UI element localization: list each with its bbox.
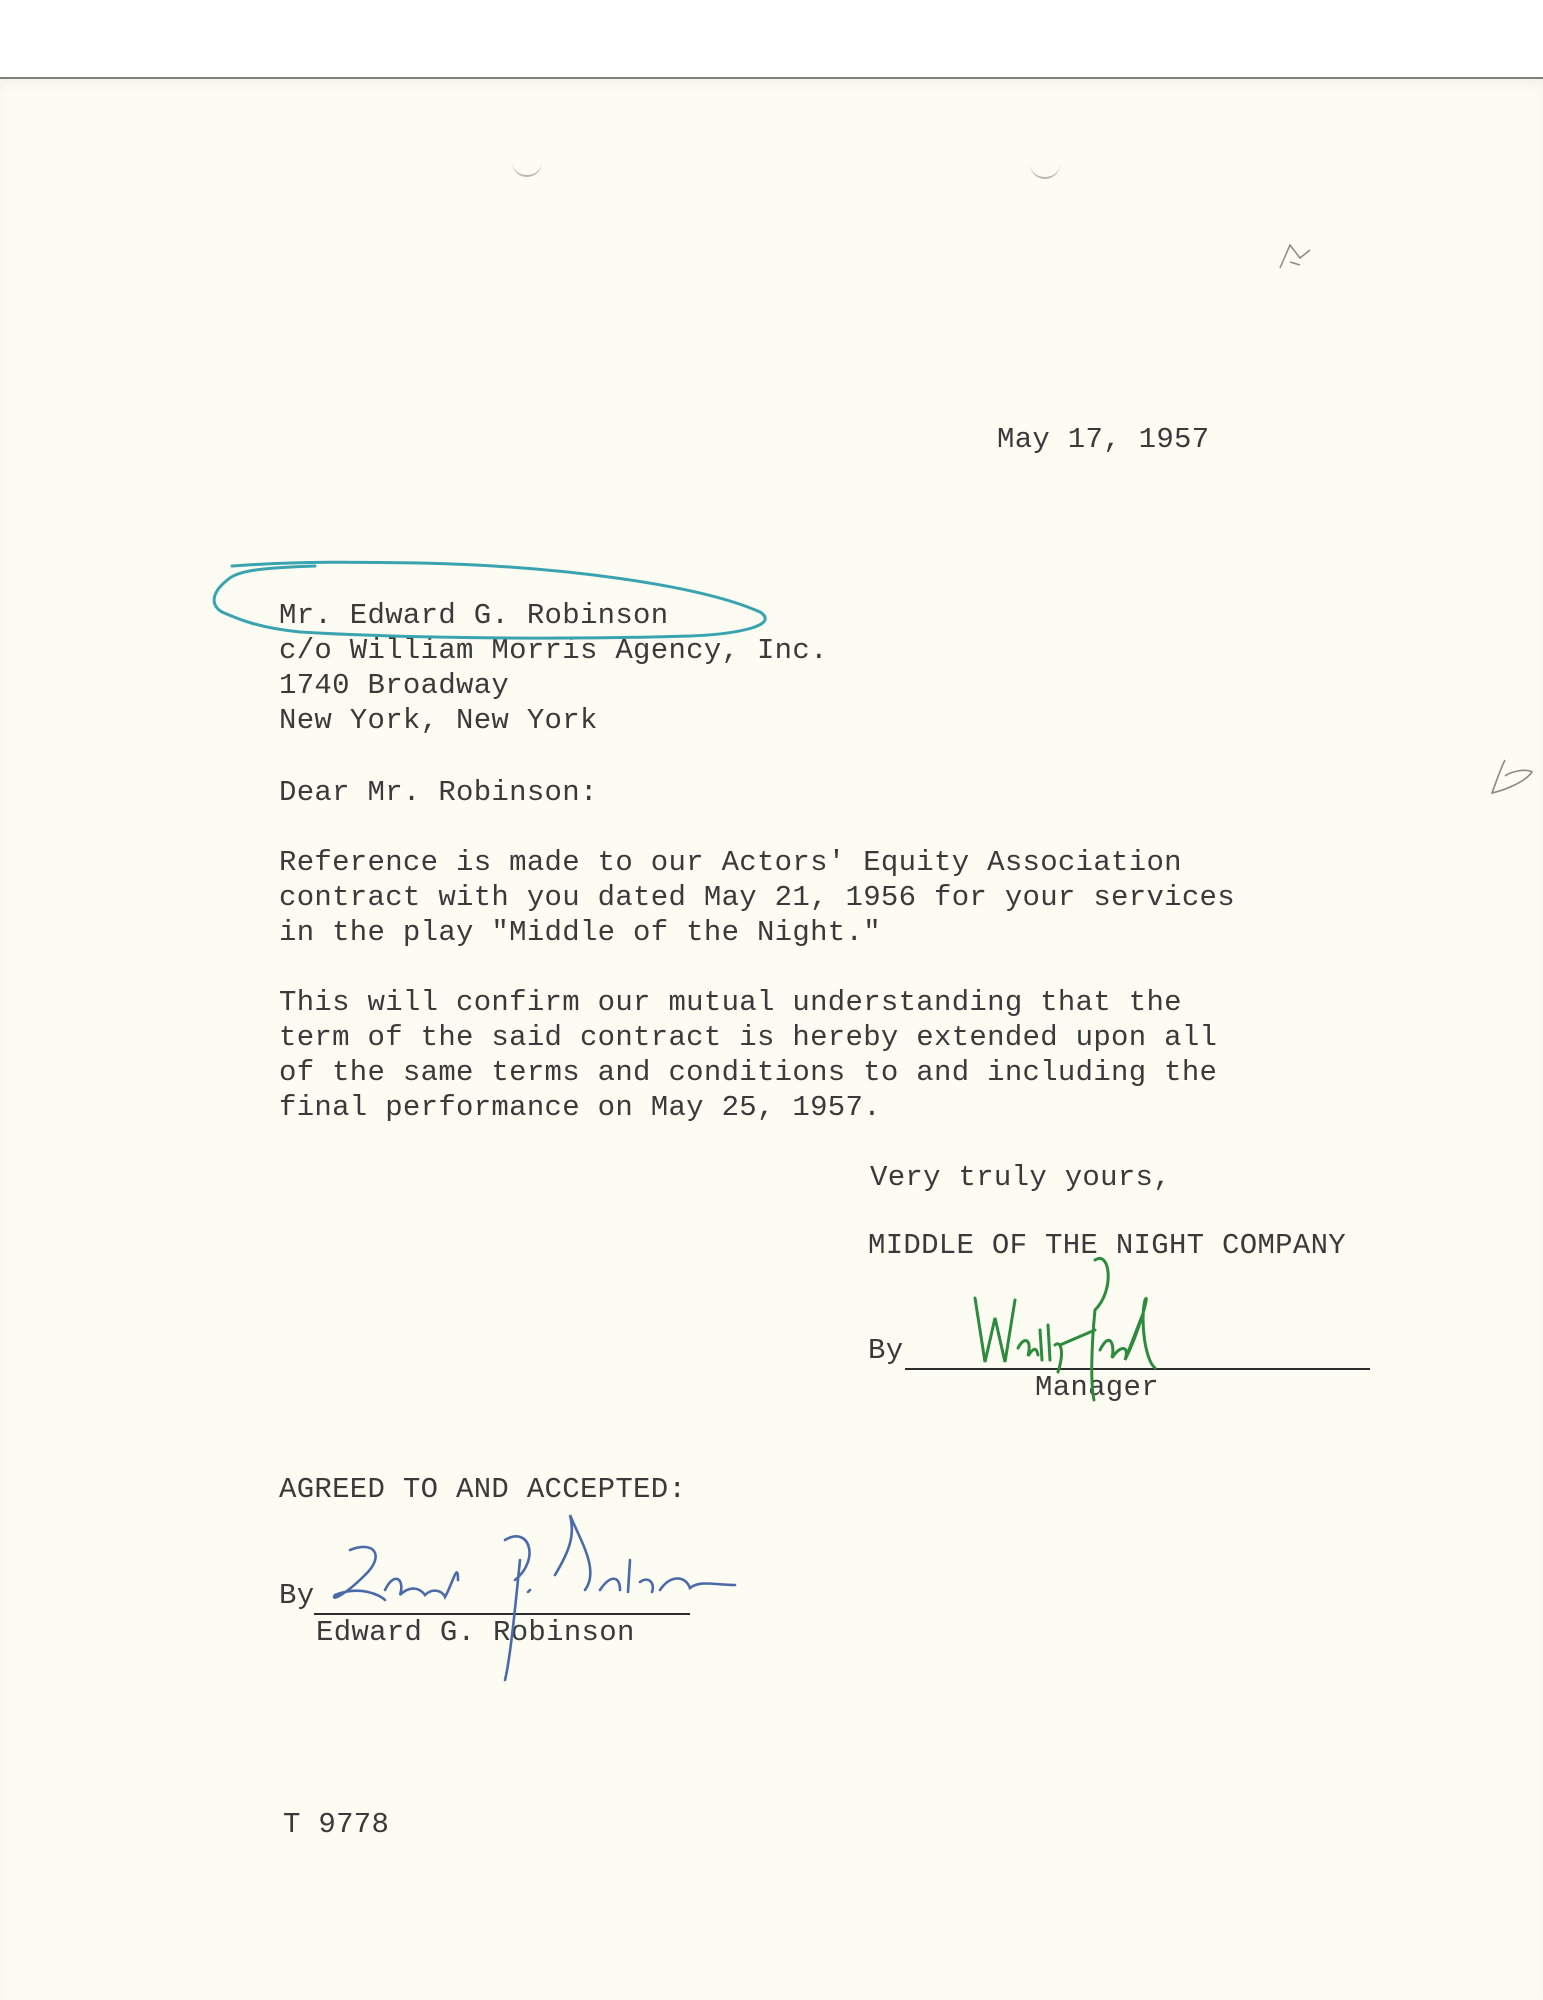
letter-date: May 17, 1957: [997, 422, 1209, 457]
closing: Very truly yours,: [870, 1160, 1171, 1195]
paragraph-line: contract with you dated May 21, 1956 for…: [279, 881, 1235, 914]
sender-title: Manager: [1035, 1370, 1159, 1405]
paragraph-line: term of the said contract is hereby exte…: [279, 1021, 1217, 1054]
paragraph-line: in the play "Middle of the Night.": [279, 916, 881, 949]
paragraph-line: of the same terms and conditions to and …: [279, 1056, 1217, 1089]
punch-hole-left: [512, 137, 542, 177]
recipient-city: New York, New York: [279, 704, 598, 737]
reference-code: T 9778: [283, 1807, 389, 1842]
sender-by-label: By: [868, 1333, 903, 1368]
acceptor-by-label: By: [279, 1578, 314, 1613]
punch-hole-right: [1030, 139, 1060, 179]
body-paragraph-2: This will confirm our mutual understandi…: [279, 985, 1217, 1125]
salutation: Dear Mr. Robinson:: [279, 775, 598, 810]
paragraph-line: Reference is made to our Actors' Equity …: [279, 846, 1182, 879]
recipient-name: Mr. Edward G. Robinson: [279, 599, 668, 632]
acceptor-name: Edward G. Robinson: [316, 1615, 635, 1650]
body-paragraph-1: Reference is made to our Actors' Equity …: [279, 845, 1235, 950]
company-name: MIDDLE OF THE NIGHT COMPANY: [868, 1228, 1346, 1263]
acceptance-heading: AGREED TO AND ACCEPTED:: [279, 1472, 686, 1507]
recipient-street: 1740 Broadway: [279, 669, 509, 702]
recipient-address: Mr. Edward G. Robinson c/o William Morri…: [279, 598, 828, 738]
recipient-care-of: c/o William Morris Agency, Inc.: [279, 634, 828, 667]
paragraph-line: This will confirm our mutual understandi…: [279, 986, 1182, 1019]
paragraph-line: final performance on May 25, 1957.: [279, 1091, 881, 1124]
scan-top-margin: [0, 0, 1543, 77]
